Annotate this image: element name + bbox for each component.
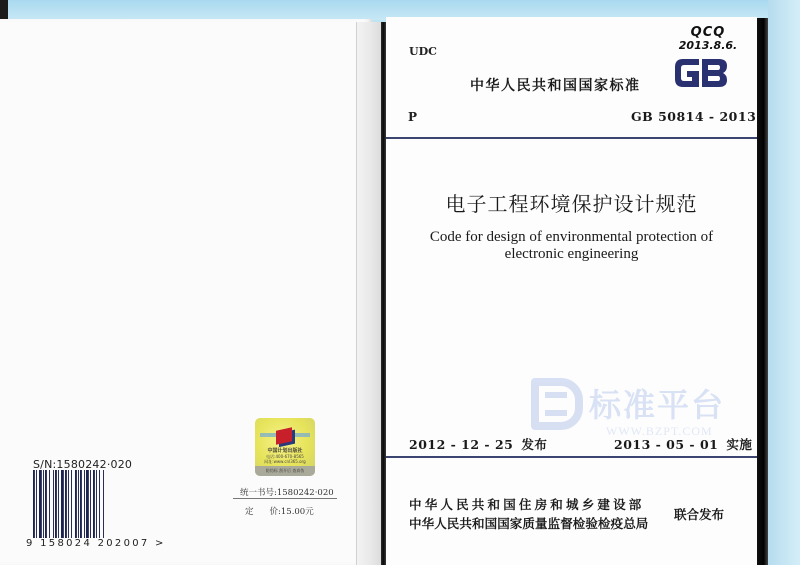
price: 定价:15.00元 [245,505,314,517]
issuer-aqsiq: 中华人民共和国国家质量监督检验检疫总局 [409,514,648,532]
hologram-footer: 防伪标 刮开后 查真伪 [255,466,315,476]
issue-date: 2012 - 12 - 25发布 [409,435,547,453]
footer-rule [386,456,757,458]
title-chinese: 电子工程环境保护设计规范 [386,188,757,217]
standard-category: 中华人民共和国国家标准 [470,75,641,95]
price-value: 价:15.00元 [270,507,314,517]
issue-label: 发布 [521,437,547,452]
implement-date: 2013 - 05 - 01实施 [614,435,752,453]
handwritten-initials: QCQ [678,26,738,39]
implement-label: 实施 [726,437,752,452]
title-english-line1: Code for design of environmental protect… [386,229,757,246]
classification-code: P [408,110,417,124]
divider [233,498,337,499]
barcode-digits: 9 158024 202007 > [26,538,166,549]
book-logo-icon [276,427,292,444]
issuer-ministry-housing: 中华人民共和国住房和城乡建设部 [409,495,645,513]
front-cover [386,17,757,565]
price-label: 定 [245,507,254,517]
handwritten-note: QCQ 2013.8.6. [678,26,738,52]
handwritten-date: 2013.8.6. [678,39,738,52]
watermark-logo-icon [531,378,583,430]
header-rule [386,137,757,139]
implement-date-value: 2013 - 05 - 01 [614,437,718,452]
gb-logo-icon [673,57,729,89]
cover-edge-shadow [757,18,768,565]
joint-release-label: 联合发布 [674,505,724,523]
title-english-line2: electronic engineering [386,246,757,263]
standard-number: GB 50814 - 2013 [631,109,756,124]
hologram-website: 网址:www.cnl365.org [255,459,315,465]
udc-label: UDC [409,45,437,58]
barcode-icon [33,470,123,538]
hologram-publisher: 中国计划出版社 [255,447,315,454]
watermark-text: 标准平台 [589,380,725,426]
background-right [768,0,800,565]
anti-counterfeit-hologram: 中国计划出版社 电话:400-670-8565 网址:www.cnl365.or… [255,418,315,476]
watermark: 标准平台 WWW.BZPT.COM [531,378,731,442]
background-corner [0,0,8,20]
unified-book-number: 统一书号:1580242·020 [240,486,334,498]
page-edges [356,22,381,565]
issue-date-value: 2012 - 12 - 25 [409,437,513,452]
